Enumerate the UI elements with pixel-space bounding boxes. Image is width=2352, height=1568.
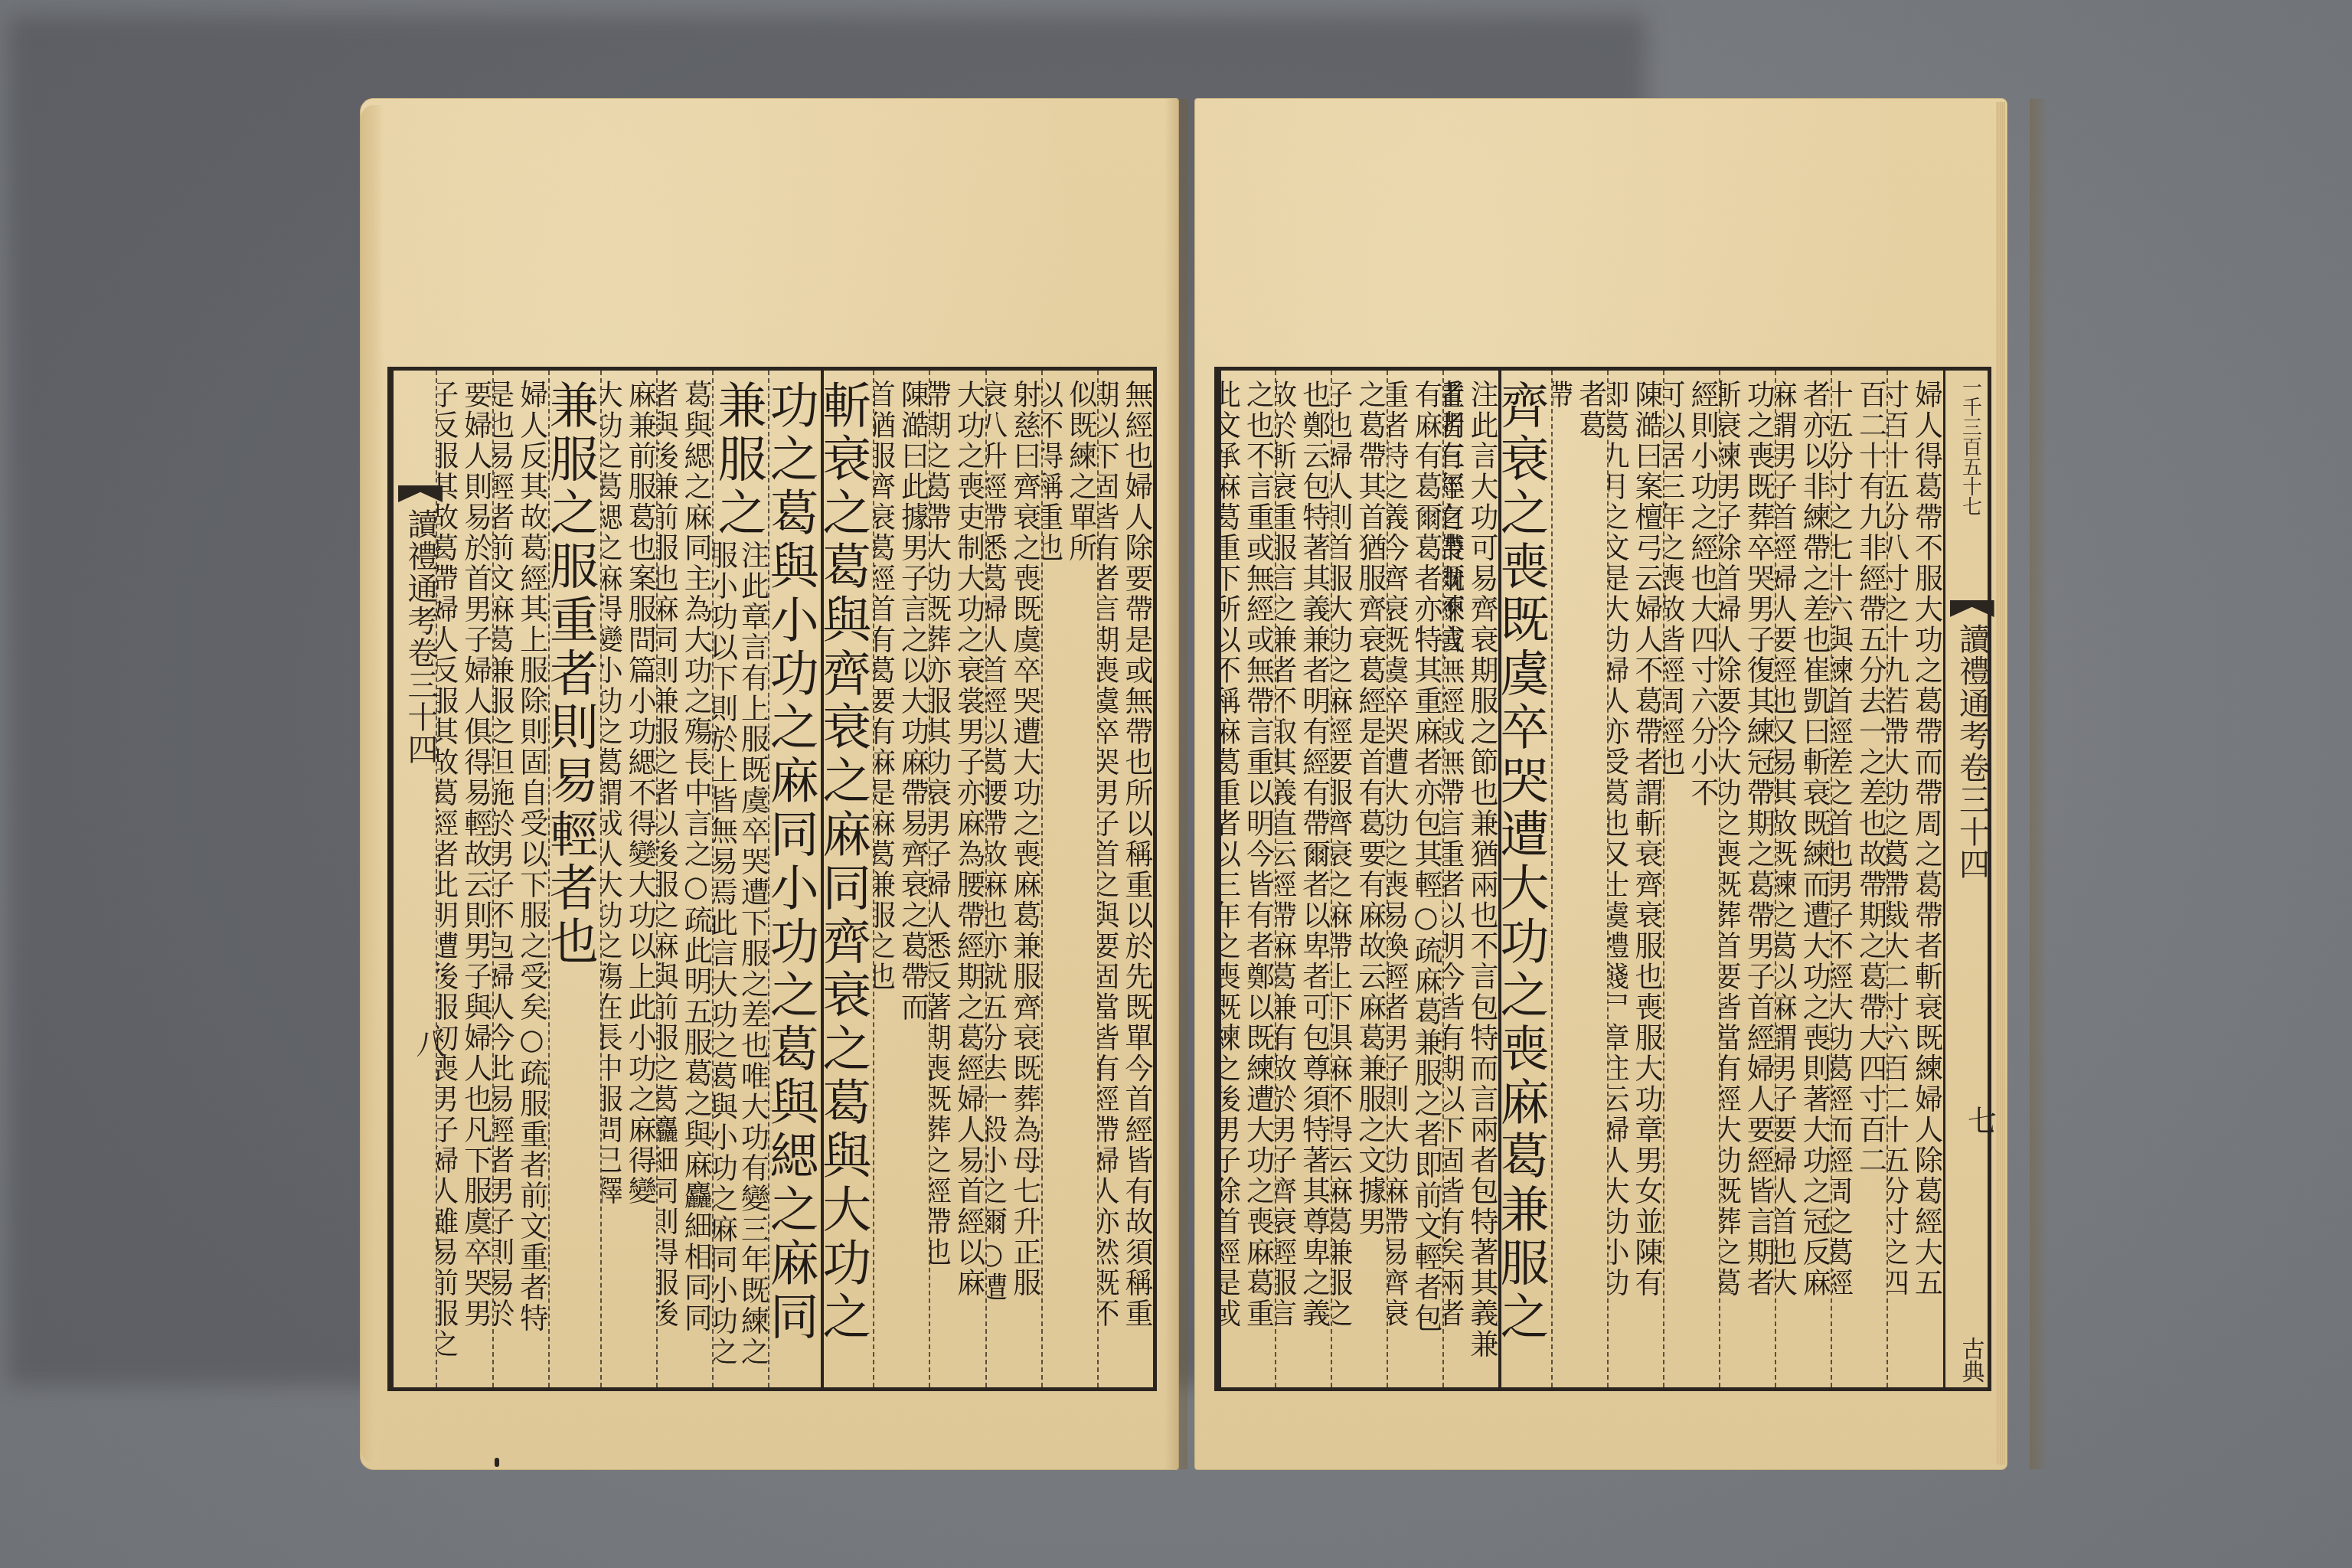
- text-column: 者亦以非練帶之差也崔凱曰斬衰既練而遭大功之喪則著大功之冠反麻 麻謂男子首經婦人要…: [1775, 371, 1831, 1387]
- right-print-frame: 一千三百五十七 讀禮通考卷三十四 七 古典 婦人得葛帶不服大功之葛帶而帶周之葛帶…: [1214, 367, 1991, 1391]
- text-column: 陳澔曰此據男子言之以大功麻帶易齊衰之葛帶而 首猶服齊衰葛經首有葛要有麻是麻葛兼服…: [873, 371, 929, 1387]
- annotation-line: 帶期之葛帶大功既葬亦服其功衰男子婦人悉反著期喪既葬之經帶也: [929, 371, 951, 1387]
- annotation-line: 婦人反其故葛經其上服除則固自受以下服之受矣○疏服重者前文重者特: [514, 371, 548, 1387]
- annotation-line: 故於斬衰重服言之兼者不取其義直云經帶麻葛兼有故於男子齊衰輕服言: [1275, 371, 1297, 1387]
- annotation-line: 婦人得葛帶不服大功之葛帶而帶周之葛帶者斬衰既練婦人除葛經大五: [1909, 371, 1943, 1387]
- text-column: 麻兼前服葛也案服問篇小功緦不得變大功以上此小功之麻得變 大功之葛緦之麻得變小功之…: [600, 371, 656, 1387]
- annotation-line: 似既練之單所: [1063, 371, 1097, 1387]
- page-number: 七: [1959, 1106, 2001, 1135]
- text-column: 婦人得葛帶不服大功之葛帶而帶周之葛帶者斬衰既練婦人除葛經大五 寸百十五分八寸之十…: [1886, 371, 1942, 1387]
- annotation-line: 以不得稱重也: [1041, 371, 1063, 1387]
- annotation-line: 注此章言有上服既虞卒哭遭下服之差也唯大功有變三年既練之: [737, 541, 768, 1367]
- annotation-line: 子反服其故葛帶婦人反服其故葛經者此明遭後服初喪男子婦人雖易前服之: [436, 371, 458, 1387]
- annotation-line: 子也婦人則首服大功之麻經要服齊衰之麻帶上下俱麻不得云麻葛兼服之: [1331, 371, 1353, 1387]
- text-column: 要婦人則易於首男子婦人俱得易輕故云則男子與婦人也凡下服虞卒哭男 子反服其故葛帶婦…: [436, 371, 492, 1387]
- annotation-line: 者與後兼前服也麻同則兼服之者以後服之麻與前服之葛麤細同則得服後: [656, 371, 678, 1387]
- text-column: 無經也婦人除要帶是或無帶也所以稱重以於先既單今首經皆有故須稱重 期以下固皆有者言…: [1097, 371, 1153, 1387]
- annotation-line: 大功之喪吏制大功之衰裳男子亦麻為腰帶經期之葛經婦人易首經以麻: [952, 371, 985, 1387]
- publisher-mark: 古典: [1958, 1337, 1984, 1383]
- annotation-line: 葛與緦之麻同主為大功之殤長中言之○疏此明五服葛之與麻麤細相同同: [678, 371, 712, 1387]
- left-page: 無經也婦人除要帶是或無帶也所以稱重以於先既單今首經皆有故須稱重 期以下固皆有者言…: [360, 98, 1179, 1470]
- right-banxin-fold: 一千三百五十七 讀禮通考卷三十四 七 古典: [1943, 371, 1988, 1387]
- annotation-line: 服小功以下則於上皆無易焉此言大功之葛與小功之麻同小功之: [712, 541, 737, 1367]
- text-column: 之也不言重或無經或無帶言重以明今皆有者鄭以既練遭大功之喪麻葛重 此文承麻葛重下所…: [1218, 371, 1274, 1387]
- annotation-line: 要婦人則易於首男子婦人俱得易輕故云則男子與婦人也凡下服虞卒哭男: [459, 371, 492, 1387]
- annotation-line: 大功之葛緦之麻得變小功之葛謂成人大功之殤在長中服問已釋: [600, 371, 622, 1387]
- banxin-title: 讀禮通考卷三十四: [1955, 623, 1990, 880]
- gutter-shadow-left: [1165, 99, 1187, 1469]
- annotation-line: 重者特之義今齊衰既虞卒哭遭大功之喪易換輕者男子則大功麻帶易齊衰: [1387, 371, 1409, 1387]
- annotation-line: 可以居三年之喪故皆經周經也: [1663, 371, 1685, 1387]
- text-column: 陳澔曰案檀弓云婦人不葛帶者謂斬衰齊衰服也喪服大功章男女並陳有 即葛九月之文是大功…: [1607, 371, 1663, 1387]
- text-column: 似既練之單所 以不得稱重也: [1041, 371, 1097, 1387]
- annotation-line: 有麻有葛爾葛者亦特其重麻者亦包其輕○疏麻葛兼服之者即前文輕者包: [1409, 371, 1442, 1387]
- text-column: 有麻有葛爾葛者亦特其重麻者亦包其輕○疏麻葛兼服之者即前文輕者包 重者特之義今齊衰…: [1387, 371, 1442, 1387]
- annotation-line: 者亦以非練帶之差也崔凱曰斬衰既練而遭大功之喪則著大功之冠反麻: [1797, 371, 1831, 1387]
- annotation-line: 之也不言重或無經或無帶言重以明今皆有者鄭以既練遭大功之喪麻葛重: [1241, 371, 1275, 1387]
- gutter-shadow-right: [2030, 99, 2048, 1469]
- main-text-column: 兼服之 注此章言有上服既虞卒哭遭下服之差也唯大功有變三年既練之 服小功以下則於上…: [712, 371, 768, 1387]
- annotation-line: 也鄭云包特著其義兼者明有經有帶爾者以卑者可包尊須特著其尊卑之義: [1297, 371, 1331, 1387]
- annotation-line: 無經也婦人除要帶是或無帶也所以稱重以於先既單今首經皆有故須稱重: [1119, 371, 1153, 1387]
- annotation-line: 期以下固皆有者言期喪虞卒哭男子首之與要固當皆有經帶婦人亦然既不: [1097, 371, 1119, 1387]
- ink-speck: [495, 1458, 499, 1467]
- main-text-column: 斬衰之葛與齊衰之麻同齊衰之葛與大功之麻同大: [821, 371, 874, 1387]
- text-column: 婦人反其故葛經其上服除則固自受以下服之受矣○疏服重者前文重者特 是也易輕者前文麻…: [492, 371, 548, 1387]
- annotation-line: 陳澔曰案檀弓云婦人不葛帶者謂斬衰齊衰服也喪服大功章男女並陳有: [1629, 371, 1663, 1387]
- text-column: 注此言大功可易齊衰期服之節也兼猶兩也不言包特而言兩者包特著其義兼者明有經有帶爾不…: [1442, 371, 1498, 1387]
- annotation-line: 功之喪既葬卒哭男子復其練冠帶期之葛帶男子首經婦人要經皆言期者: [1741, 371, 1775, 1387]
- annotation-line: 帶: [1551, 371, 1573, 1387]
- annotation-line: 射慈曰齊衰之喪既虞卒哭遭大功之喪麻葛兼服齊衰既葬為母七升正服: [1008, 371, 1041, 1387]
- fish-tail-mark-icon: [1950, 600, 1994, 617]
- annotation-line: 麻兼前服葛也案服問篇小功緦不得變大功以上此小功之麻得變: [622, 371, 656, 1387]
- text-column: 也鄭云包特著其義兼者明有經有帶爾者以卑者可包尊須特著其尊卑之義 故於斬衰重服言之…: [1275, 371, 1331, 1387]
- text-column: 百二十有九非經帶五分去一之差也故帶期之葛帶大四寸百二 十五分寸之七十六與練首經差…: [1831, 371, 1886, 1387]
- text-column: 大功之喪吏制大功之衰裳男子亦麻為腰帶經期之葛經婦人易首經以麻 帶期之葛帶大功既葬…: [929, 371, 985, 1387]
- right-page: 一千三百五十七 讀禮通考卷三十四 七 古典 婦人得葛帶不服大功之葛帶而帶周之葛帶…: [1194, 98, 2007, 1470]
- annotation-line: 經則小功之經也大四寸六分小不: [1685, 371, 1719, 1387]
- text-column: 者葛 帶: [1551, 371, 1607, 1387]
- fish-tail-mark-icon: [398, 485, 443, 502]
- annotation-line: 是也易輕者前文麻葛兼服之但施於男子不包婦人今此易輕者男子則易於: [492, 371, 514, 1387]
- text-column: 經則小功之經也大四寸六分小不 可以居三年之喪故皆經周經也: [1663, 371, 1719, 1387]
- text-column: 功之喪既葬卒哭男子復其練冠帶期之葛帶男子首經婦人要經皆言期者 斬衰練男子除首婦人…: [1719, 371, 1775, 1387]
- annotation-line: 寸百十五分八寸之十九若帶大功之葛帶裁大二寸六百二十五分寸之四: [1886, 371, 1909, 1387]
- annotation-line: 者葛: [1573, 371, 1607, 1387]
- annotation-line: 注此言大功可易齊衰期服之節也兼猶兩也不言包特而言兩者包特著其義兼者明有經有帶爾不…: [1465, 371, 1498, 1387]
- main-text-column: 齊衰之喪既虞卒哭遭大功之喪麻葛兼服之: [1498, 371, 1551, 1387]
- banxin-title: 讀禮通考卷三十四: [403, 508, 438, 766]
- annotation-line: 麻謂男子首經婦人要經也又易其故既練之葛以麻謂男子要婦人首也大: [1775, 371, 1797, 1387]
- annotation-line: 即葛九月之文是大功婦人亦受葛也又士虞禮餞尸章注云婦人大功小功: [1607, 371, 1629, 1387]
- annotation-line: 十五分寸之七十六與練首經差之首也男子不經大功葛經而經周之葛經: [1831, 371, 1853, 1387]
- text-column: 射慈曰齊衰之喪既虞卒哭遭大功之喪麻葛兼服齊衰既葬為母七升正服 衰八升經帶悉葛婦人…: [985, 371, 1041, 1387]
- page-number: 八: [407, 1029, 449, 1058]
- annotation-line: 百二十有九非經帶五分去一之差也故帶期之葛帶大四寸百二: [1853, 371, 1886, 1387]
- page-stack-edge: [1996, 102, 2005, 1465]
- open-book: 無經也婦人除要帶是或無帶也所以稱重以於先既單今首經皆有故須稱重 期以下固皆有者言…: [360, 98, 2006, 1476]
- annotation-line: 之葛帶其首猶服齊衰葛經是首有葛要有麻故云麻葛兼服之文據男: [1353, 371, 1387, 1387]
- annotation-line: 首猶服齊衰葛經首有葛要有麻是麻葛兼服之也: [873, 371, 895, 1387]
- annotation-line: 陳澔曰此據男子言之以大功麻帶易齊衰之葛帶而: [895, 371, 929, 1387]
- annotation-line: 衰八升經帶悉葛婦人首經以葛腰帶故麻也亦就五分去一殺小之爾○遭: [985, 371, 1008, 1387]
- character-tally: 一千三百五十七: [1959, 377, 1982, 516]
- main-text-column: 兼服之服重者則易輕者也: [548, 371, 600, 1387]
- main-text: 兼服之: [714, 380, 768, 541]
- left-print-frame: 無經也婦人除要帶是或無帶也所以稱重以於先既單今首經皆有故須稱重 期以下固皆有者言…: [387, 367, 1157, 1391]
- annotation-line: 斬衰練男子除首婦人除要今大功之喪既葬首要皆當有經大功既葬之葛: [1719, 371, 1741, 1387]
- left-banxin-fold: 讀禮通考卷三十四 八: [391, 371, 436, 1387]
- annotation-pair: 注此章言有上服既虞卒哭遭下服之差也唯大功有變三年既練之 服小功以下則於上皆無易焉…: [714, 541, 768, 1367]
- text-column: 之葛帶其首猶服齊衰葛經是首有葛要有麻故云麻葛兼服之文據男 子也婦人則首服大功之麻…: [1331, 371, 1387, 1387]
- main-text-column: 功之葛與小功之麻同小功之葛與緦之麻同麻同則: [768, 371, 820, 1387]
- annotation-line: 此文承麻葛重下所以不稱麻葛重者以三年之喪既練之後男子除首經是或: [1218, 371, 1240, 1387]
- text-column: 葛與緦之麻同主為大功之殤長中言之○疏此明五服葛之與麻麤細相同同 者與後兼前服也麻…: [656, 371, 712, 1387]
